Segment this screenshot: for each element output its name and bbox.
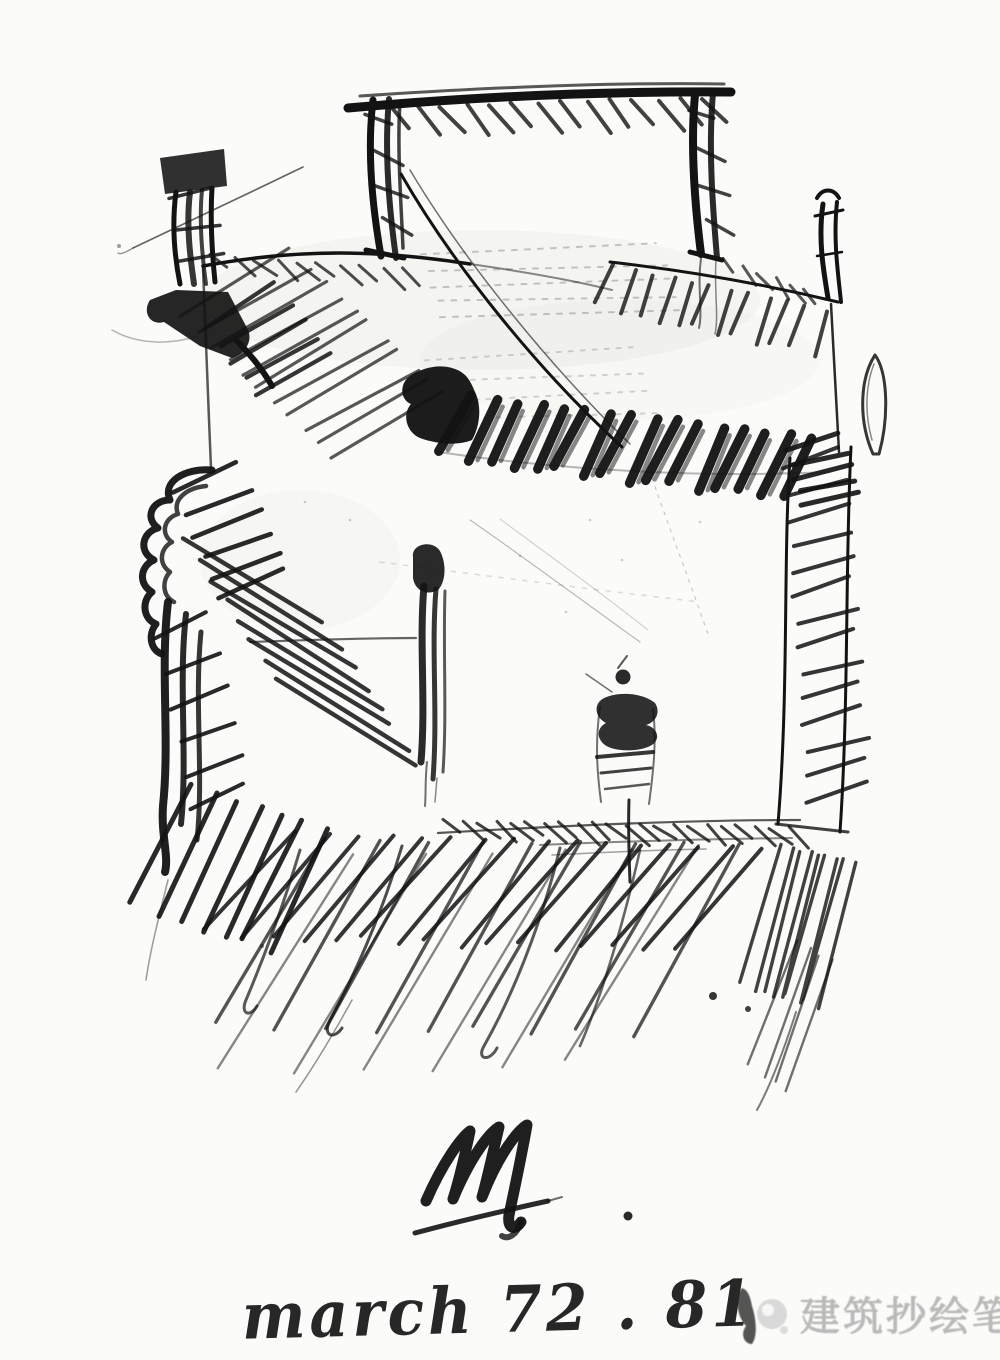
right-finial (815, 191, 843, 453)
shadow-column (413, 544, 445, 806)
watermark: 建筑抄绘笔记 (738, 1288, 1000, 1344)
date-inscription: march 72 . 81 (241, 1266, 758, 1354)
signature-dot (624, 1212, 633, 1221)
standing-figure (586, 656, 658, 882)
right-pillar (757, 447, 851, 1110)
ground-lines (438, 820, 800, 855)
sketch-canvas: march 72 . 81 建筑抄绘笔记 (0, 0, 1000, 1360)
watermark-text: 建筑抄绘笔记 (800, 1294, 1000, 1340)
signature-scribble (415, 1125, 633, 1237)
leaf-stroke (863, 355, 886, 454)
scanned-sketch-page: march 72 . 81 建筑抄绘笔记 (0, 0, 1000, 1360)
